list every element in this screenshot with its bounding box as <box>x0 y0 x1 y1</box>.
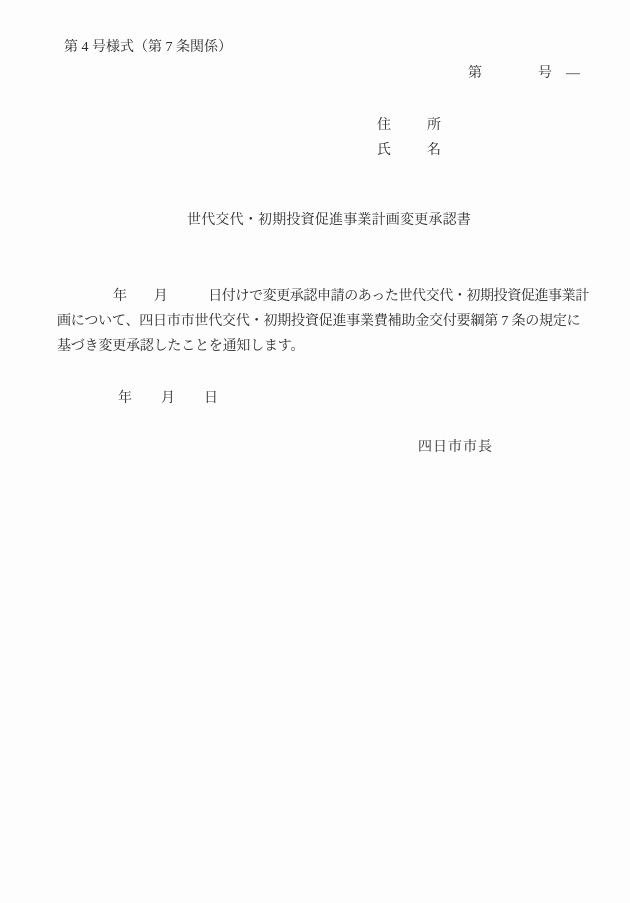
body-text-line-2: 画について、四日市市世代交代・初期投資促進事業費補助金交付要綱第 7 条の規定に <box>57 314 580 330</box>
document-number-line: 第 号 ― <box>468 66 580 82</box>
mayor-signature: 四日市市長 <box>418 440 493 456</box>
recipient-name-label: 氏 名 <box>377 143 452 159</box>
document-page: 第 4 号様式（第 7 条関係） 第 号 ― 住 所 氏 名 世代交代・初期投資… <box>0 0 630 903</box>
issue-date-line: 年 月 日 <box>118 391 226 407</box>
form-number-label: 第 4 号様式（第 7 条関係） <box>64 40 232 56</box>
body-text-line-1: 年 月 日付けで変更承認申請のあった世代交代・初期投資促進事業計 <box>113 289 589 305</box>
document-title: 世代交代・初期投資促進事業計画変更承認書 <box>187 213 471 229</box>
recipient-address-label: 住 所 <box>377 118 452 134</box>
body-text-line-3: 基づき変更承認したことを通知します。 <box>57 339 304 355</box>
